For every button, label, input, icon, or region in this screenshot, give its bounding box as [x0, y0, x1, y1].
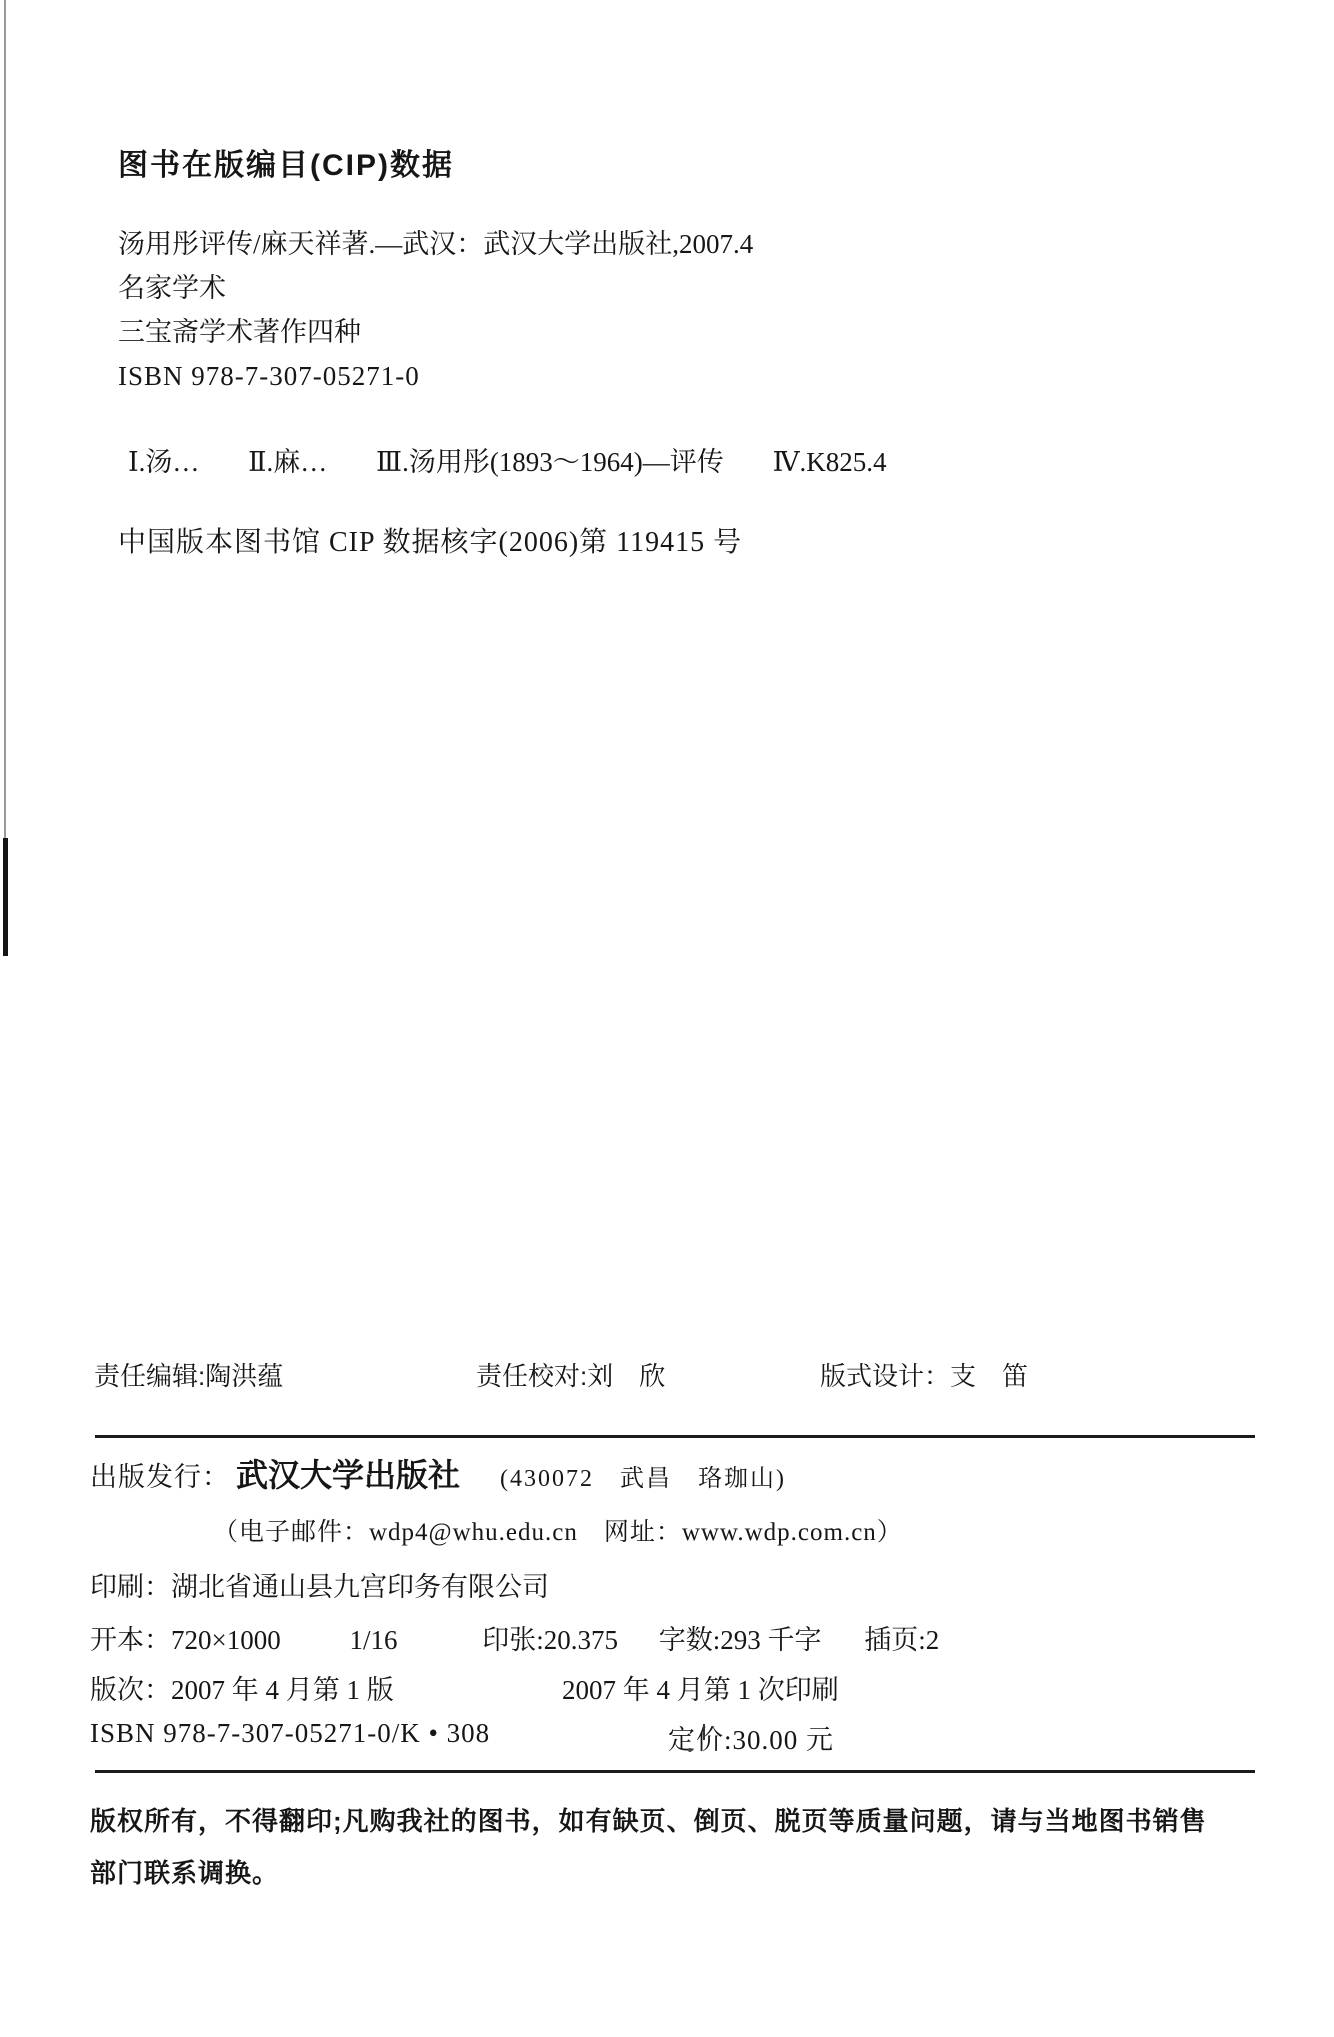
- classification-item-2: Ⅱ.麻…: [248, 447, 327, 477]
- classification-item-3: Ⅲ.汤用彤(1893～1964)—评传: [376, 447, 724, 477]
- classification-item-1: Ⅰ.汤…: [128, 447, 199, 477]
- copyright-notice: 版权所有，不得翻印;凡购我社的图书，如有缺页、倒页、脱页等质量问题，请与当地图书…: [90, 1795, 1207, 1899]
- staff-credits-line: 责任编辑:陶洪蕴 责任校对:刘 欣 版式设计：支 笛: [94, 1356, 283, 1393]
- cip-isbn-line: ISBN 978-7-307-05271-0: [118, 354, 753, 398]
- format-inserts: 插页:2: [864, 1625, 939, 1655]
- publisher-label: 出版发行：: [90, 1462, 230, 1492]
- edition-line: 版次：2007 年 4 月第 1 版 2007 年 4 月第 1 次印刷: [90, 1668, 394, 1707]
- edition-info: 版次：2007 年 4 月第 1 版: [90, 1675, 394, 1705]
- isbn-number: ISBN 978-7-307-05271-0/K • 308: [90, 1718, 490, 1748]
- cip-classification-line: Ⅰ.汤… Ⅱ.麻… Ⅲ.汤用彤(1893～1964)—评传 Ⅳ.K825.4: [128, 440, 887, 479]
- cip-series-line: 名家学术: [118, 266, 753, 310]
- copyright-page: 图书在版编目(CIP)数据 汤用彤评传/麻天祥著.—武汉：武汉大学出版社,200…: [0, 0, 1334, 2037]
- price-value: 定价:30.00 元: [668, 1718, 834, 1757]
- cip-record-number: 中国版本图书馆 CIP 数据核字(2006)第 119415 号: [118, 520, 742, 560]
- divider-rule-top: [95, 1435, 1255, 1438]
- format-sheets: 印张:20.375: [482, 1625, 618, 1655]
- notice-line-2: 部门联系调换。: [90, 1847, 1207, 1899]
- proofreader-credit: 责任校对:刘 欣: [476, 1356, 665, 1393]
- format-line: 开本：720×1000 1/16 印张:20.375 字数:293 千字 插页:…: [90, 1618, 939, 1657]
- cip-series2-line: 三宝斋学术著作四种: [118, 310, 753, 354]
- format-wordcount: 字数:293 千字: [659, 1625, 822, 1655]
- scan-artifact-dot: [688, 1748, 692, 1752]
- publisher-line: 出版发行：武汉大学出版社(430072 武昌 珞珈山): [90, 1450, 786, 1496]
- scan-edge-line: [4, 0, 6, 838]
- divider-rule-bottom: [95, 1770, 1255, 1773]
- publisher-address: (430072 武昌 珞珈山): [500, 1466, 786, 1492]
- designer-credit: 版式设计：支 笛: [820, 1356, 1028, 1393]
- editor-credit: 责任编辑:陶洪蕴: [94, 1361, 283, 1391]
- cip-entry-block: 汤用彤评传/麻天祥著.—武汉：武汉大学出版社,2007.4 名家学术 三宝斋学术…: [118, 222, 753, 398]
- classification-item-4: Ⅳ.K825.4: [773, 447, 887, 477]
- publisher-name: 武汉大学出版社: [236, 1457, 460, 1493]
- isbn-price-line: ISBN 978-7-307-05271-0/K • 308 定价:30.00 …: [90, 1718, 490, 1749]
- scan-edge-bar: [3, 838, 8, 956]
- print-run-info: 2007 年 4 月第 1 次印刷: [562, 1668, 839, 1707]
- publisher-contact-line: （电子邮件：wdp4@whu.edu.cn 网址：www.wdp.com.cn）: [213, 1512, 903, 1548]
- scan-artifact-tick: [703, 1724, 705, 1740]
- format-fraction: 1/16: [349, 1625, 397, 1655]
- format-size: 开本：720×1000: [90, 1625, 281, 1655]
- cip-heading: 图书在版编目(CIP)数据: [118, 140, 454, 184]
- notice-line-1: 版权所有，不得翻印;凡购我社的图书，如有缺页、倒页、脱页等质量问题，请与当地图书…: [90, 1795, 1207, 1847]
- printer-line: 印刷：湖北省通山县九宫印务有限公司: [90, 1565, 549, 1604]
- cip-title-line: 汤用彤评传/麻天祥著.—武汉：武汉大学出版社,2007.4: [118, 222, 753, 266]
